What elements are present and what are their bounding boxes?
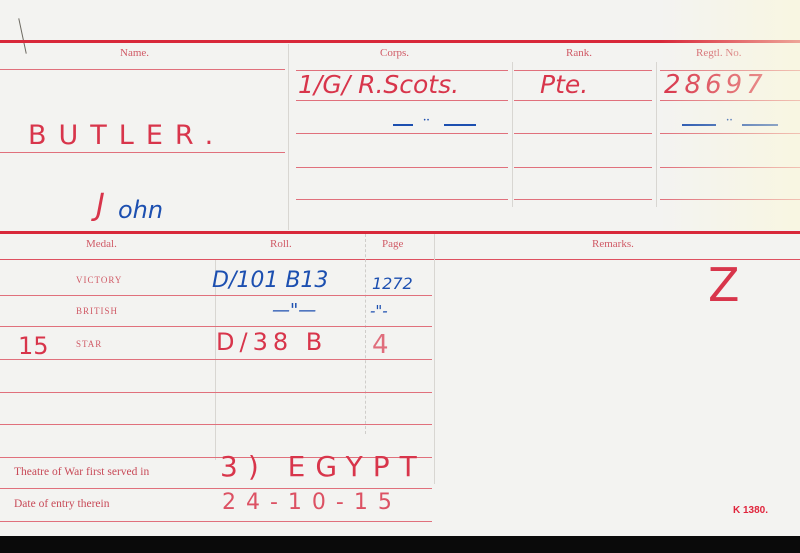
surname-value: BUTLER.: [28, 120, 225, 151]
remarks-header: Remarks.: [592, 238, 634, 250]
corps-header: Corps.: [380, 47, 409, 59]
rank-rule-5: [514, 199, 652, 200]
medal-name-star: Star: [76, 339, 102, 349]
regt-ditto-right: [742, 124, 778, 126]
corps-ditto-left: [393, 124, 413, 126]
regt-no-header: Regtl. No.: [696, 47, 742, 59]
divider-name-corps: [288, 44, 289, 230]
medal-row-rule-5: [0, 424, 432, 425]
name-header: Name.: [120, 47, 149, 59]
form-number: K 1380.: [733, 505, 768, 516]
divider-roll-page: [365, 234, 366, 434]
roll-victory: D/101 B13: [212, 268, 328, 293]
rank-rule-3: [514, 133, 652, 134]
page-victory: 1272: [372, 274, 413, 293]
regt-rule-4: [660, 167, 800, 168]
corps-ditto-right: [444, 124, 476, 126]
rank-header: Rank.: [566, 47, 592, 59]
page-british-ditto: -"-: [370, 302, 388, 320]
date-value: 24-10-15: [222, 490, 402, 515]
medal-header-rule: [0, 259, 800, 260]
medal-row-rule-3: [0, 359, 432, 360]
corps-rule-3: [296, 133, 508, 134]
regt-rule-2: [660, 100, 800, 101]
corps-value: 1/G/ R.Scots.: [298, 70, 459, 99]
divider-page-remarks: [434, 234, 435, 484]
star-prefix-15: 15: [18, 332, 49, 360]
forename-value: ohn: [118, 196, 163, 224]
corps-ditto-dots: ··: [423, 115, 430, 126]
corps-rule-2: [296, 100, 508, 101]
page-star: 4: [372, 330, 389, 360]
date-label: Date of entry therein: [14, 498, 109, 510]
header-top-rule: [0, 40, 800, 43]
roll-header: Roll.: [270, 238, 292, 250]
medal-row-rule-7: [0, 488, 432, 489]
roll-british-ditto: —"—: [272, 300, 316, 321]
forename-initial: J: [96, 188, 105, 223]
medal-section-rule: [0, 231, 800, 234]
regt-rule-3: [660, 133, 800, 134]
medal-name-victory: Victory: [76, 275, 122, 285]
roll-star: D/38 B: [216, 328, 327, 356]
rank-rule-4: [514, 167, 652, 168]
medal-header: Medal.: [86, 238, 117, 250]
theatre-value: 3) EGYPT: [220, 450, 427, 483]
page-header: Page: [382, 238, 403, 250]
medal-name-british: British: [76, 306, 118, 316]
pencil-tick-mark: [18, 18, 26, 53]
scan-background-edge: [0, 536, 800, 553]
theatre-label: Theatre of War first served in: [14, 466, 149, 478]
rank-value: Pte.: [540, 70, 588, 99]
medal-index-card: Name. Corps. Rank. Regtl. No. BUTLER. J …: [0, 0, 800, 536]
regt-no-value: 28697: [664, 70, 767, 100]
regt-ditto-dots: ··: [726, 115, 733, 126]
corps-rule-4: [296, 167, 508, 168]
remarks-mark: Z: [708, 258, 740, 312]
regt-ditto-left: [682, 124, 716, 126]
regt-rule-5: [660, 199, 800, 200]
surname-rule: [0, 152, 285, 153]
medal-row-rule-2: [0, 326, 432, 327]
divider-corps-rank: [512, 62, 513, 207]
rank-rule-2: [514, 100, 652, 101]
divider-rank-regt: [656, 62, 657, 207]
medal-row-rule-1: [0, 295, 432, 296]
name-header-rule: [0, 69, 285, 70]
medal-row-rule-8: [0, 521, 432, 522]
corps-rule-5: [296, 199, 508, 200]
medal-row-rule-4: [0, 392, 432, 393]
